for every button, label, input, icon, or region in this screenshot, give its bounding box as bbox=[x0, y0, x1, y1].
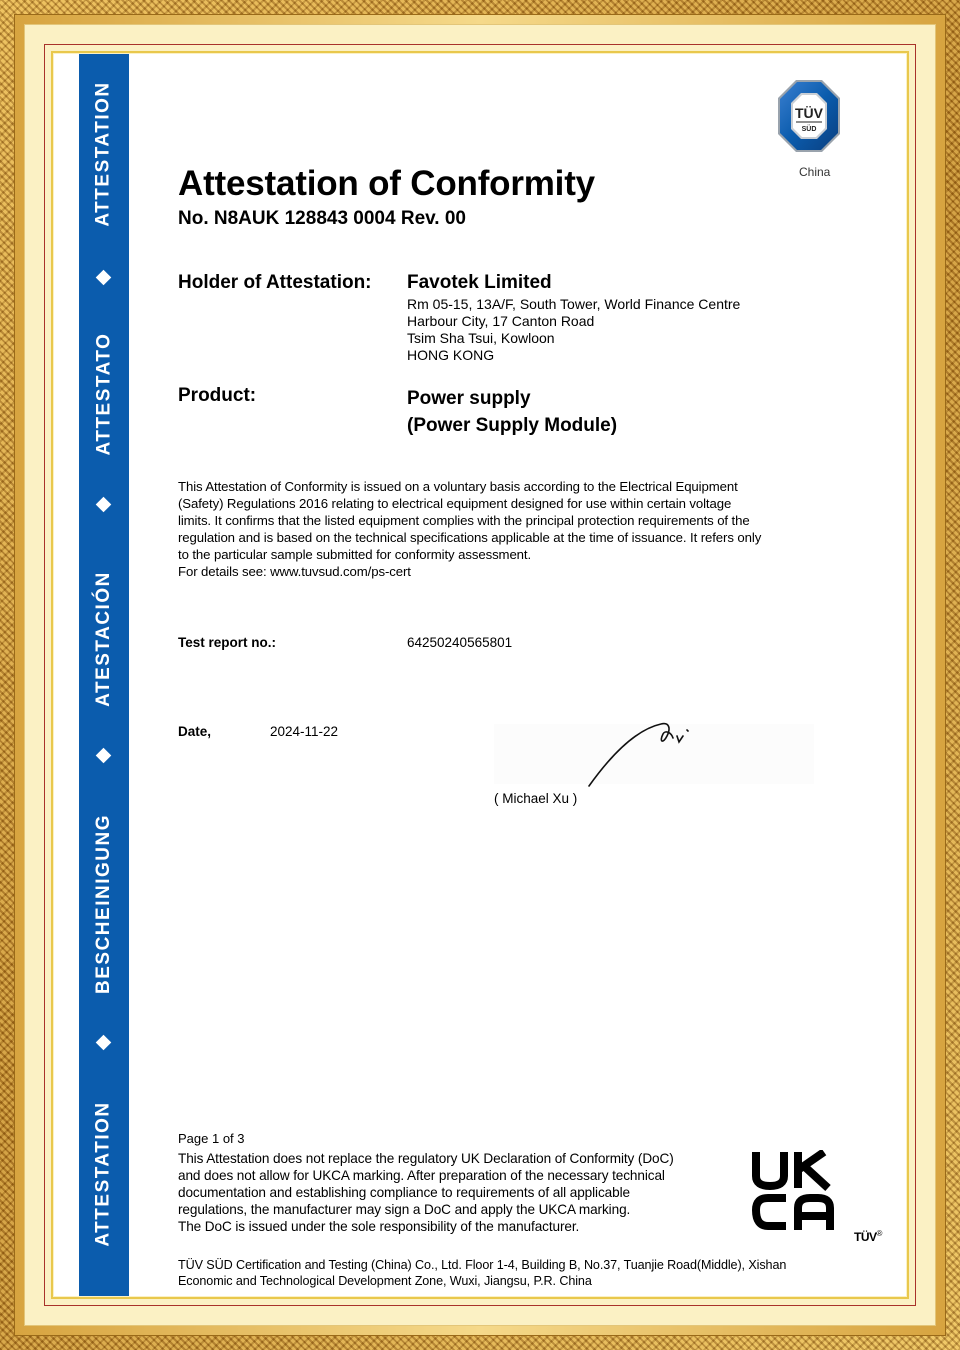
band-label-english: ATTESTATION bbox=[79, 74, 129, 234]
holder-address: Rm 05-15, 13A/F, South Tower, World Fina… bbox=[407, 296, 740, 364]
svg-text:SÜD: SÜD bbox=[802, 124, 817, 133]
holder-label: Holder of Attestation: bbox=[178, 272, 372, 294]
page-number: Page 1 of 3 bbox=[178, 1131, 245, 1146]
svg-text:TÜV: TÜV bbox=[795, 105, 824, 121]
date-label: Date, bbox=[178, 724, 211, 739]
signature-icon bbox=[579, 718, 709, 788]
logo-region: China bbox=[799, 165, 830, 179]
product-name: Power supply (Power Supply Module) bbox=[407, 385, 617, 439]
issue-date: 2024-11-22 bbox=[270, 724, 338, 739]
page-title: Attestation of Conformity bbox=[178, 164, 595, 204]
certificate-page: ATTESTATION ATTESTATO ATESTACIÓN BESCHEI… bbox=[54, 54, 906, 1296]
test-report-number: 64250240565801 bbox=[407, 635, 512, 650]
band-label-english-bottom: ATTESTATION bbox=[79, 1094, 129, 1254]
issuer-address: TÜV SÜD Certification and Testing (China… bbox=[178, 1258, 786, 1289]
ukca-notice: This Attestation does not replace the re… bbox=[178, 1150, 674, 1235]
band-label-german: BESCHEINIGUNG bbox=[79, 804, 129, 1004]
certificate-number: No. N8AUK 128843 0004 Rev. 00 bbox=[178, 208, 466, 230]
ukca-mark-icon bbox=[752, 1150, 834, 1232]
band-label-italian: ATTESTATO bbox=[79, 324, 129, 464]
band-label-spanish: ATESTACIÓN bbox=[79, 559, 129, 719]
signatory-name: ( Michael Xu ) bbox=[494, 791, 577, 806]
conformity-statement: This Attestation of Conformity is issued… bbox=[178, 478, 761, 580]
tuv-mark: TÜV® bbox=[854, 1229, 882, 1244]
tuv-sud-logo-icon: TÜV SÜD bbox=[776, 78, 842, 154]
holder-name: Favotek Limited bbox=[407, 272, 552, 294]
test-report-label: Test report no.: bbox=[178, 635, 276, 650]
product-label: Product: bbox=[178, 385, 256, 407]
